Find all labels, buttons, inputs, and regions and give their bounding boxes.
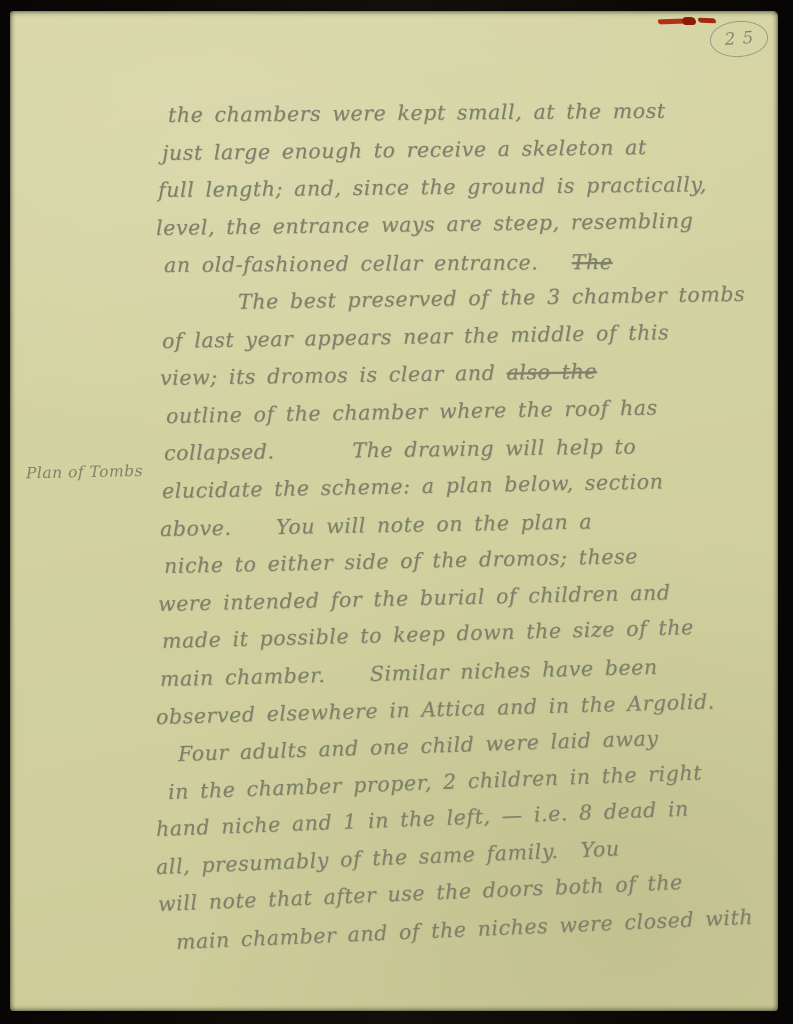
manuscript-line: just large enough to receive a skeleton …	[162, 127, 776, 172]
line-text: full length; and, since the ground is pr…	[158, 172, 707, 202]
red-ink-mark	[658, 17, 718, 25]
line-text: of last year appears near the middle of …	[162, 320, 670, 353]
struck-word: The	[572, 250, 613, 274]
handwritten-text-block: the chambers were kept small, at the mos…	[156, 97, 776, 962]
line-text: niche to either side of the dromos; thes…	[164, 544, 638, 578]
line-text: view; its dromos is clear and	[160, 361, 507, 390]
line-text: elucidate the scheme: a plan below, sect…	[162, 469, 664, 503]
line-text: the chambers were kept small, at the mos…	[168, 99, 666, 127]
manuscript-page: 25 Plan of Tombs the chambers were kept …	[10, 11, 778, 1011]
manuscript-line: level, the entrance ways are steep, rese…	[156, 201, 776, 247]
struck-word: also the	[506, 359, 597, 384]
margin-annotation: Plan of Tombs	[26, 462, 156, 483]
page-number: 25	[717, 28, 761, 51]
line-text: made it possible to keep down the size o…	[162, 615, 694, 653]
red-ink-blob	[698, 18, 716, 24]
line-text: outline of the chamber where the roof ha…	[166, 395, 658, 428]
line-text: an old-fashioned cellar entrance.	[164, 251, 572, 278]
line-text: above. You will note on the plan a	[160, 509, 593, 541]
line-text: level, the entrance ways are steep, rese…	[156, 208, 694, 240]
line-text: just large enough to receive a skeleton …	[162, 135, 647, 165]
line-text: main chamber. Similar niches have been	[160, 655, 658, 691]
red-ink-blob	[682, 17, 696, 25]
red-ink-blob	[658, 19, 684, 25]
line-text: were intended for the burial of children…	[158, 580, 671, 616]
page-number-badge: 25	[709, 19, 769, 59]
line-text: The best preserved of the 3 chamber tomb…	[238, 282, 746, 314]
line-text: collapsed. The drawing will help to	[164, 435, 637, 466]
